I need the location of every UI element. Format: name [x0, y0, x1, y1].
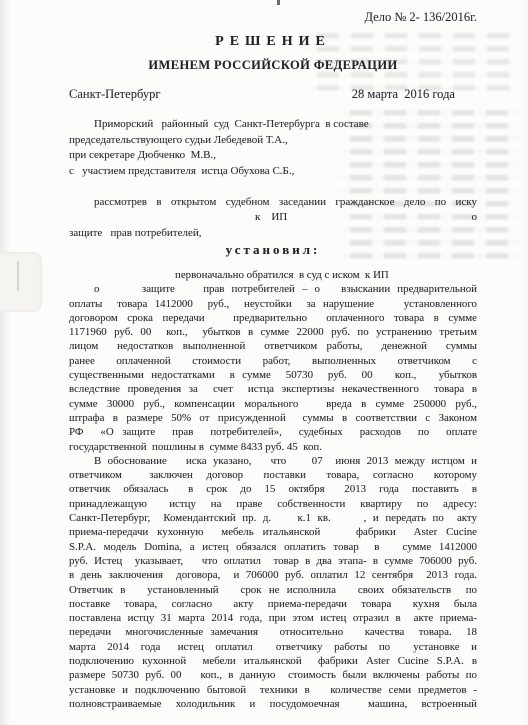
text-line: при секретаре Дюбченко М.В., [69, 148, 477, 164]
text-line: ответчиком заключен договор поставки тов… [69, 468, 477, 482]
intro-lines-after: защите прав потребителей, [69, 226, 477, 242]
text-line: подключению кухонной мебели итальянской … [69, 654, 477, 668]
text-line: ранее оплаченной стоимости работ, выполн… [69, 354, 477, 368]
text-line: первоначально обратился в суд с иском к … [69, 268, 477, 282]
court-composition: Приморский районный суд Санкт-Петербурга… [69, 117, 477, 241]
date-label: 28 марта 2016 года [352, 87, 455, 102]
decision-subtitle: ИМЕНЕМ РОССИЙСКОЙ ФЕДЕРАЦИИ [69, 58, 477, 73]
text-line: государственной пошлины в сумме 8433 руб… [69, 440, 477, 454]
text-line: S.P.A. модель Domina, а истец обязался о… [69, 540, 477, 554]
text-line: защите прав потребителей, [69, 226, 477, 242]
text-line: договором срока передачи предварительно … [69, 311, 477, 325]
text-line: Санкт-Петербург, Комендантский пр. д. к.… [69, 511, 477, 525]
text-line: ответчик обязалась в срок до 15 октября … [69, 482, 477, 496]
body-lines: первоначально обратился в суд с иском к … [69, 268, 477, 711]
text-line: лицом недостатков выполненной ответчиком… [69, 339, 477, 353]
text-line: рассмотрев в открытом судебном заседании… [69, 195, 477, 211]
text-line: приема-передачи кухонную мебель итальянс… [69, 525, 477, 539]
ustanovil-heading: установил: [69, 242, 477, 257]
text-line: Приморский районный суд Санкт-Петербурга… [69, 117, 477, 133]
case-number: Дело № 2- 136/2016г. [69, 10, 477, 25]
text-line: сумме 30000 руб., компенсации морального… [69, 397, 477, 411]
text-line: передачи многочисленные замечания относи… [69, 625, 477, 639]
claim-subject-prefix: о [472, 210, 478, 226]
text-line: поставке товара, согласно акту приема-пе… [69, 597, 477, 611]
text-line: размере 50730 руб. 00 коп., в данную сто… [69, 668, 477, 682]
intro-lines: Приморский районный суд Санкт-Петербурга… [69, 117, 477, 210]
claim-defendant: к ИП [255, 210, 287, 226]
text-line: руб. Истец указывает, что оплатил товар … [69, 554, 477, 568]
document-page: Дело № 2- 136/2016г. РЕШЕНИЕ ИМЕНЕМ РОСС… [0, 0, 528, 725]
text-line: принадлежащую истцу на праве собственнос… [69, 497, 477, 511]
text-line: установке и подключению бытовой техники … [69, 683, 477, 697]
text-line: РФ «О защите прав потребителей», судебны… [69, 425, 477, 439]
text-line: поставлена истцу 31 марта 2014 года, при… [69, 611, 477, 625]
text-line: марта 2014 года истец оплатил ответчику … [69, 640, 477, 654]
text-line: 1171960 руб. 00 коп., убытков в сумме 22… [69, 325, 477, 339]
text-line: существенными недостатками в сумме 50730… [69, 368, 477, 382]
text-line: полновстраиваемые холодильник и посудомо… [69, 697, 477, 711]
blank-line [69, 179, 477, 195]
city-label: Санкт-Петербург [69, 87, 160, 102]
text-line: Ответчик в установленный срок не исполни… [69, 583, 477, 597]
text-line: с участием представителя истца Обухова С… [69, 164, 477, 180]
text-line: о защите прав потребителей – о взыскании… [69, 282, 477, 296]
decision-title: РЕШЕНИЕ [69, 34, 477, 49]
text-line: в день заключения договора, и 706000 руб… [69, 568, 477, 582]
city-date-row: Санкт-Петербург 28 марта 2016 года [69, 87, 477, 102]
decision-body: первоначально обратился в суд с иском к … [69, 268, 477, 711]
text-line: председательствующего судьи Лебедевой Т.… [69, 133, 477, 149]
text-line: вследствие проведения за счет истца эксп… [69, 382, 477, 396]
text-line: штрафа в размере 50% от присужденной сум… [69, 411, 477, 425]
text-line: оплаты товара 1412000 руб., неустойки за… [69, 297, 477, 311]
document-content: Дело № 2- 136/2016г. РЕШЕНИЕ ИМЕНЕМ РОСС… [0, 0, 528, 725]
claim-parties-line: к ИП о [69, 210, 477, 226]
text-line: В обоснование иска указано, что 07 июня … [69, 454, 477, 468]
